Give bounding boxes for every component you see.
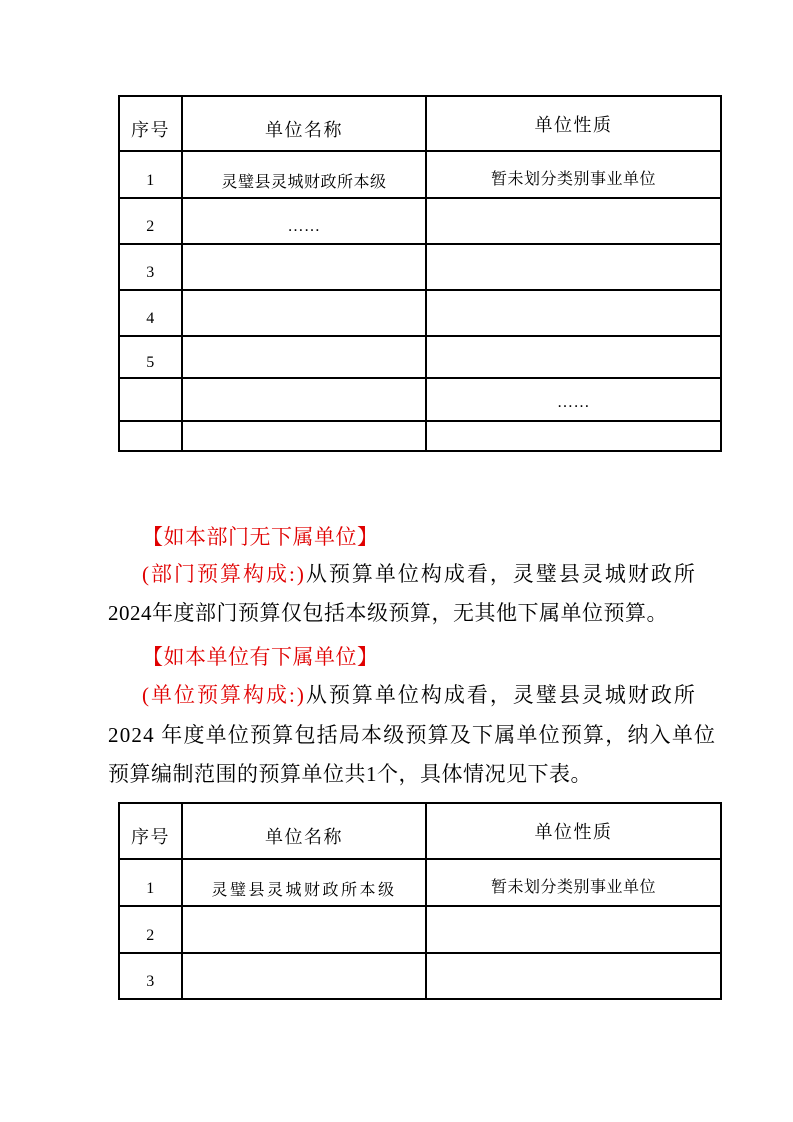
table-header-row: 序号 单位名称 单位性质	[119, 803, 721, 859]
cell-serial: 2	[119, 198, 182, 244]
col-header-unit-nature: 单位性质	[426, 803, 721, 859]
cell-unit-name	[182, 953, 426, 999]
cell-serial: 3	[119, 244, 182, 290]
cell-unit-name	[182, 244, 426, 290]
cell-unit-nature	[426, 336, 721, 378]
cell-unit-nature	[426, 953, 721, 999]
cell-unit-name: 灵璧县灵城财政所本级	[182, 151, 426, 198]
cell-unit-nature: 暂未划分类别事业单位	[426, 151, 721, 198]
col-header-unit-name-label: 单位名称	[265, 823, 343, 849]
table-row: 3	[119, 953, 721, 999]
unit-budget-composition-line1: (单位预算构成:)从预算单位构成看，灵璧县灵城财政所	[142, 682, 697, 708]
conditional-heading-has-subunits: 【如本单位有下属单位】	[142, 644, 379, 670]
col-header-serial-label: 序号	[131, 823, 170, 849]
col-header-serial-label: 序号	[131, 116, 170, 142]
unit-budget-composition-label: (单位预算构成:)	[142, 683, 306, 707]
table-row	[119, 421, 721, 451]
cell-unit-name: ……	[182, 198, 426, 244]
col-header-unit-nature: 单位性质	[426, 96, 721, 151]
cell-unit-nature	[426, 244, 721, 290]
table-row: 1 灵璧县灵城财政所本级 暂未划分类别事业单位	[119, 151, 721, 198]
dept-budget-composition-label: (部门预算构成:)	[142, 562, 306, 586]
cell-serial: 5	[119, 336, 182, 378]
cell-unit-nature	[426, 290, 721, 336]
cell-serial	[119, 378, 182, 421]
col-header-serial: 序号	[119, 803, 182, 859]
cell-serial: 3	[119, 953, 182, 999]
cell-unit-nature	[426, 906, 721, 953]
cell-serial: 4	[119, 290, 182, 336]
dept-budget-composition-text: 从预算单位构成看，灵璧县灵城财政所	[306, 562, 697, 586]
unit-budget-composition-line3: 预算编制范围的预算单位共1个，具体情况见下表。	[108, 761, 592, 787]
cell-unit-name	[182, 290, 426, 336]
cell-unit-name	[182, 421, 426, 451]
cell-unit-nature: 暂未划分类别事业单位	[426, 859, 721, 906]
table-row: 2	[119, 906, 721, 953]
cell-unit-nature	[426, 421, 721, 451]
cell-serial: 2	[119, 906, 182, 953]
document-page: { "colors":{"red":"#e00000","ink":"#0000…	[0, 0, 793, 1122]
col-header-serial: 序号	[119, 96, 182, 151]
unit-budget-composition-line2: 2024 年度单位预算包括局本级预算及下属单位预算，纳入单位	[108, 722, 716, 748]
col-header-unit-name: 单位名称	[182, 96, 426, 151]
cell-serial: 1	[119, 859, 182, 906]
table-header-row: 序号 单位名称 单位性质	[119, 96, 721, 151]
col-header-unit-nature-label: 单位性质	[535, 818, 613, 844]
cell-serial	[119, 421, 182, 451]
cell-serial: 1	[119, 151, 182, 198]
cell-unit-name	[182, 378, 426, 421]
col-header-unit-name-label: 单位名称	[265, 116, 343, 142]
col-header-unit-name: 单位名称	[182, 803, 426, 859]
budget-units-table-top: 序号 单位名称 单位性质 1 灵璧县灵城财政所本级 暂未划分类别事业单位 2 ……	[118, 95, 722, 452]
budget-units-table-bottom: 序号 单位名称 单位性质 1 灵璧县灵城财政所本级 暂未划分类别事业单位 2 3	[118, 802, 722, 1000]
cell-unit-name: 灵璧县灵城财政所本级	[182, 859, 426, 906]
table-row: 5	[119, 336, 721, 378]
unit-budget-composition-text: 从预算单位构成看，灵璧县灵城财政所	[306, 683, 697, 707]
col-header-unit-nature-label: 单位性质	[535, 111, 613, 137]
table-row: 2 ……	[119, 198, 721, 244]
cell-unit-nature: ……	[426, 378, 721, 421]
table-row: 4	[119, 290, 721, 336]
cell-unit-nature	[426, 198, 721, 244]
cell-unit-name	[182, 336, 426, 378]
table-row: 3	[119, 244, 721, 290]
cell-unit-name	[182, 906, 426, 953]
table-row: ……	[119, 378, 721, 421]
dept-budget-composition-line2: 2024年度部门预算仅包括本级预算，无其他下属单位预算。	[108, 600, 668, 626]
conditional-heading-no-subunits: 【如本部门无下属单位】	[142, 524, 379, 550]
table-row: 1 灵璧县灵城财政所本级 暂未划分类别事业单位	[119, 859, 721, 906]
dept-budget-composition-line1: (部门预算构成:)从预算单位构成看，灵璧县灵城财政所	[142, 561, 697, 587]
